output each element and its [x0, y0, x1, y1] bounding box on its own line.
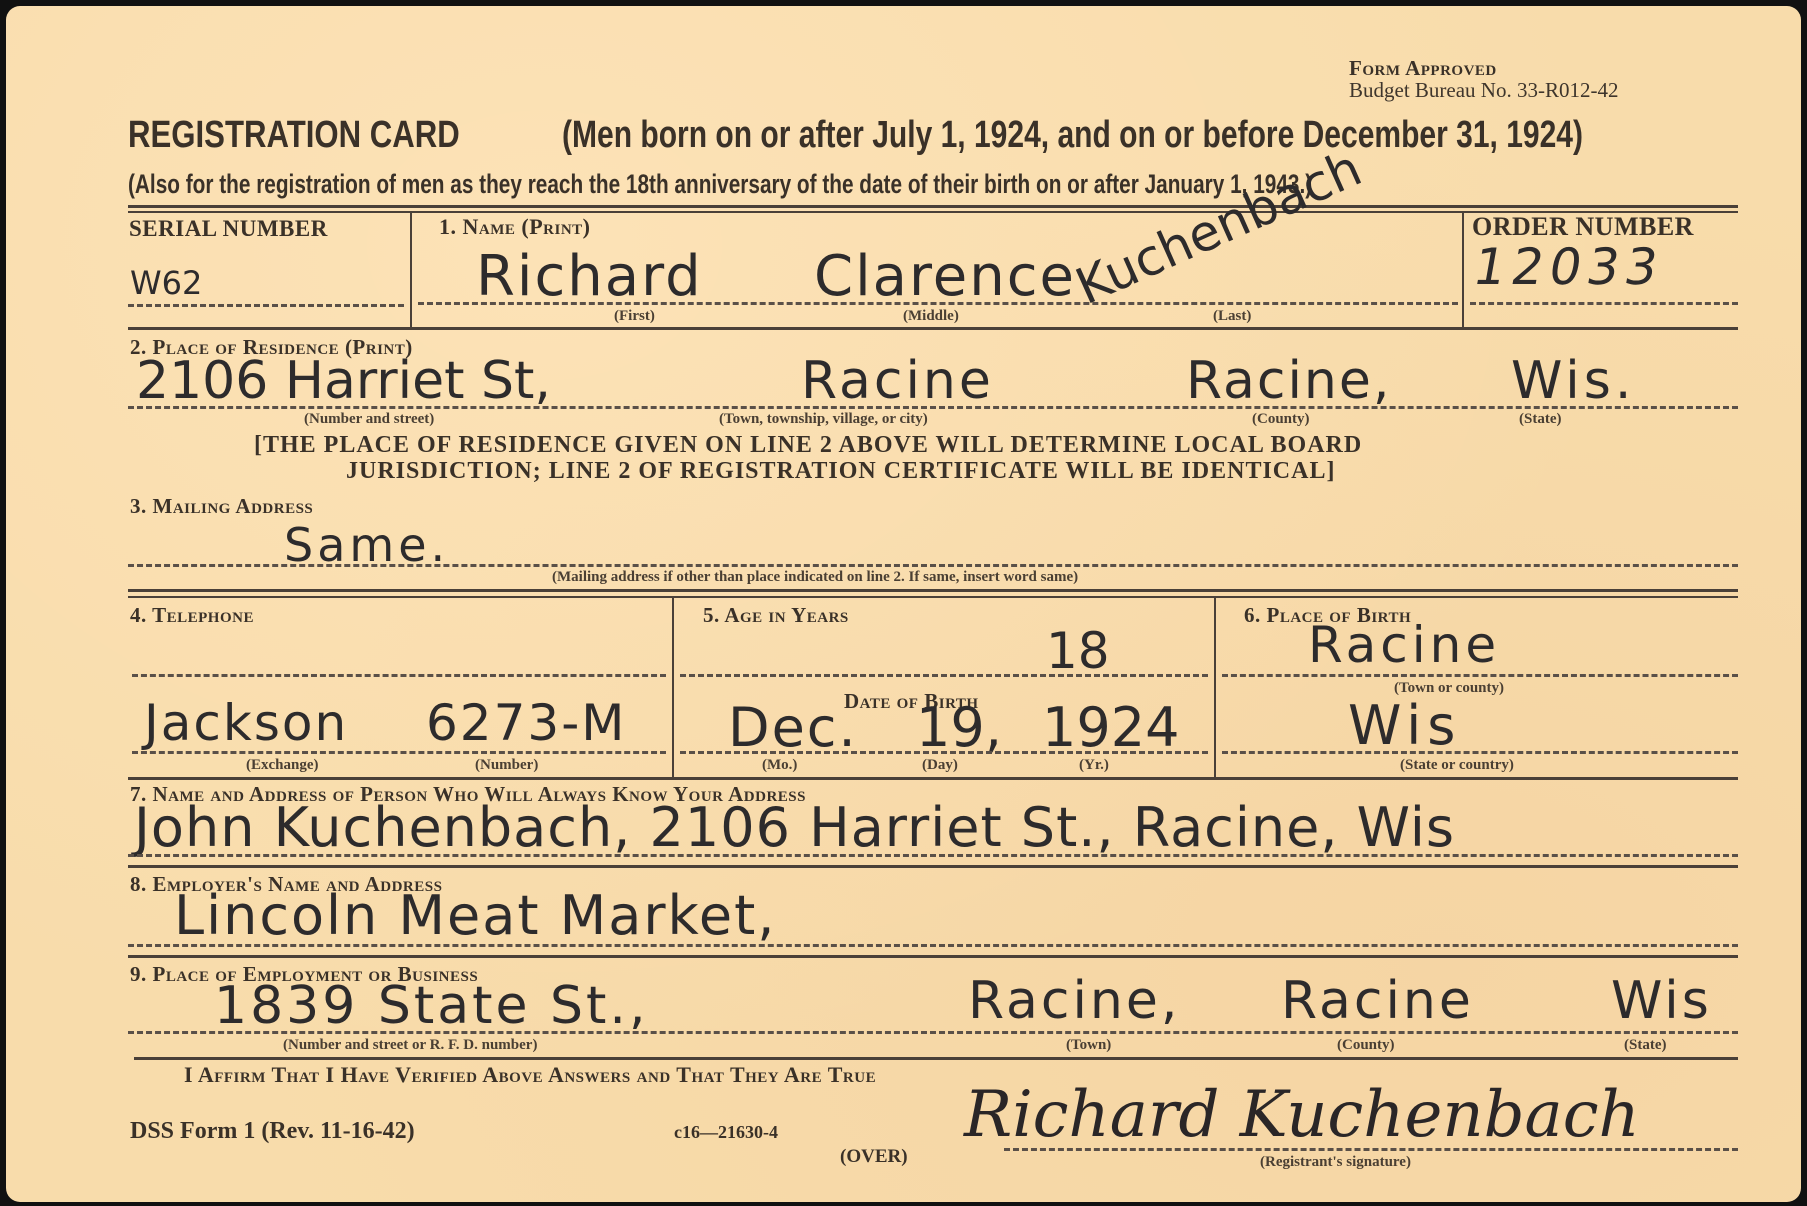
mailing-address-caption: (Mailing address if other than place ind… [552, 569, 1078, 586]
birthplace-state-caption: (State or country) [1400, 757, 1514, 774]
birth-day-value: 19, [916, 696, 1002, 759]
form-title-range: (Men born on or after July 1, 1924, and … [562, 114, 1583, 157]
serial-number-value: W62 [130, 264, 202, 302]
birth-year-value: 1924 [1042, 696, 1179, 759]
telephone-number-value: 6273-M [426, 694, 626, 752]
first-name-value: Richard [476, 244, 703, 309]
middle-caption: (Middle) [903, 308, 959, 325]
birth-month-value: Dec. [728, 696, 858, 759]
birthplace-town-value: Racine [1308, 616, 1500, 674]
employer-value: Lincoln Meat Market, [174, 884, 776, 947]
residence-state-value: Wis. [1511, 351, 1635, 411]
serial-number-label: SERIAL NUMBER [129, 216, 328, 242]
employment-state-value: Wis [1611, 971, 1712, 1031]
first-caption: (First) [614, 308, 655, 325]
employment-town-caption: (Town) [1066, 1037, 1111, 1054]
middle-name-value: Clarence [814, 244, 1076, 309]
telephone-label: 4. Telephone [130, 603, 254, 628]
residence-county-caption: (County) [1252, 411, 1310, 428]
employment-county-caption: (County) [1337, 1037, 1395, 1054]
affirmation-statement: I Affirm That I Have Verified Above Answ… [184, 1062, 876, 1088]
employment-state-caption: (State) [1624, 1037, 1666, 1054]
age-label: 5. Age in Years [703, 603, 849, 628]
number-caption: (Number) [475, 757, 538, 774]
month-caption: (Mo.) [762, 757, 797, 774]
birthplace-state-value: Wis [1348, 694, 1461, 757]
residence-street-caption: (Number and street) [304, 411, 434, 428]
employment-county-value: Racine [1281, 971, 1474, 1031]
last-name-value: Kuchenbach [1067, 139, 1369, 316]
employment-town-value: Racine, [968, 971, 1180, 1031]
residence-town-caption: (Town, township, village, or city) [719, 411, 928, 428]
signature-caption: (Registrant's signature) [1260, 1154, 1411, 1171]
registrant-signature: Richard Kuchenbach [964, 1078, 1640, 1152]
residence-town-value: Racine [801, 351, 994, 411]
employment-street-value: 1839 State St., [214, 976, 649, 1036]
form-subtitle: (Also for the registration of men as the… [128, 169, 1312, 200]
budget-bureau-number: Budget Bureau No. 33-R012-42 [1349, 78, 1618, 103]
telephone-exchange-value: Jackson [144, 694, 348, 752]
registration-card: Form Approved Budget Bureau No. 33-R012-… [6, 6, 1801, 1202]
name-label: 1. Name (Print) [439, 214, 590, 240]
dss-form-id: DSS Form 1 (Rev. 11-16-42) [130, 1118, 415, 1145]
jurisdiction-notice-line2: JURISDICTION; LINE 2 OF REGISTRATION CER… [346, 458, 1335, 485]
over-indicator: (OVER) [840, 1146, 908, 1168]
age-value: 18 [1046, 622, 1110, 680]
residence-street-value: 2106 Harriet St, [136, 351, 551, 411]
order-number-value: 12033 [1469, 238, 1668, 296]
employment-street-caption: (Number and street or R. F. D. number) [283, 1037, 537, 1054]
year-caption: (Yr.) [1079, 757, 1109, 774]
residence-county-value: Racine, [1186, 351, 1391, 411]
day-caption: (Day) [922, 757, 958, 774]
mailing-address-label: 3. Mailing Address [130, 494, 313, 519]
exchange-caption: (Exchange) [246, 757, 319, 774]
jurisdiction-notice-line1: [THE PLACE OF RESIDENCE GIVEN ON LINE 2 … [254, 432, 1362, 459]
last-caption: (Last) [1213, 308, 1251, 325]
residence-state-caption: (State) [1519, 411, 1561, 428]
form-title: REGISTRATION CARD [128, 114, 460, 157]
contact-person-value: John Kuchenbach, 2106 Harriet St., Racin… [134, 796, 1455, 859]
print-code: c16—21630-4 [674, 1122, 778, 1143]
